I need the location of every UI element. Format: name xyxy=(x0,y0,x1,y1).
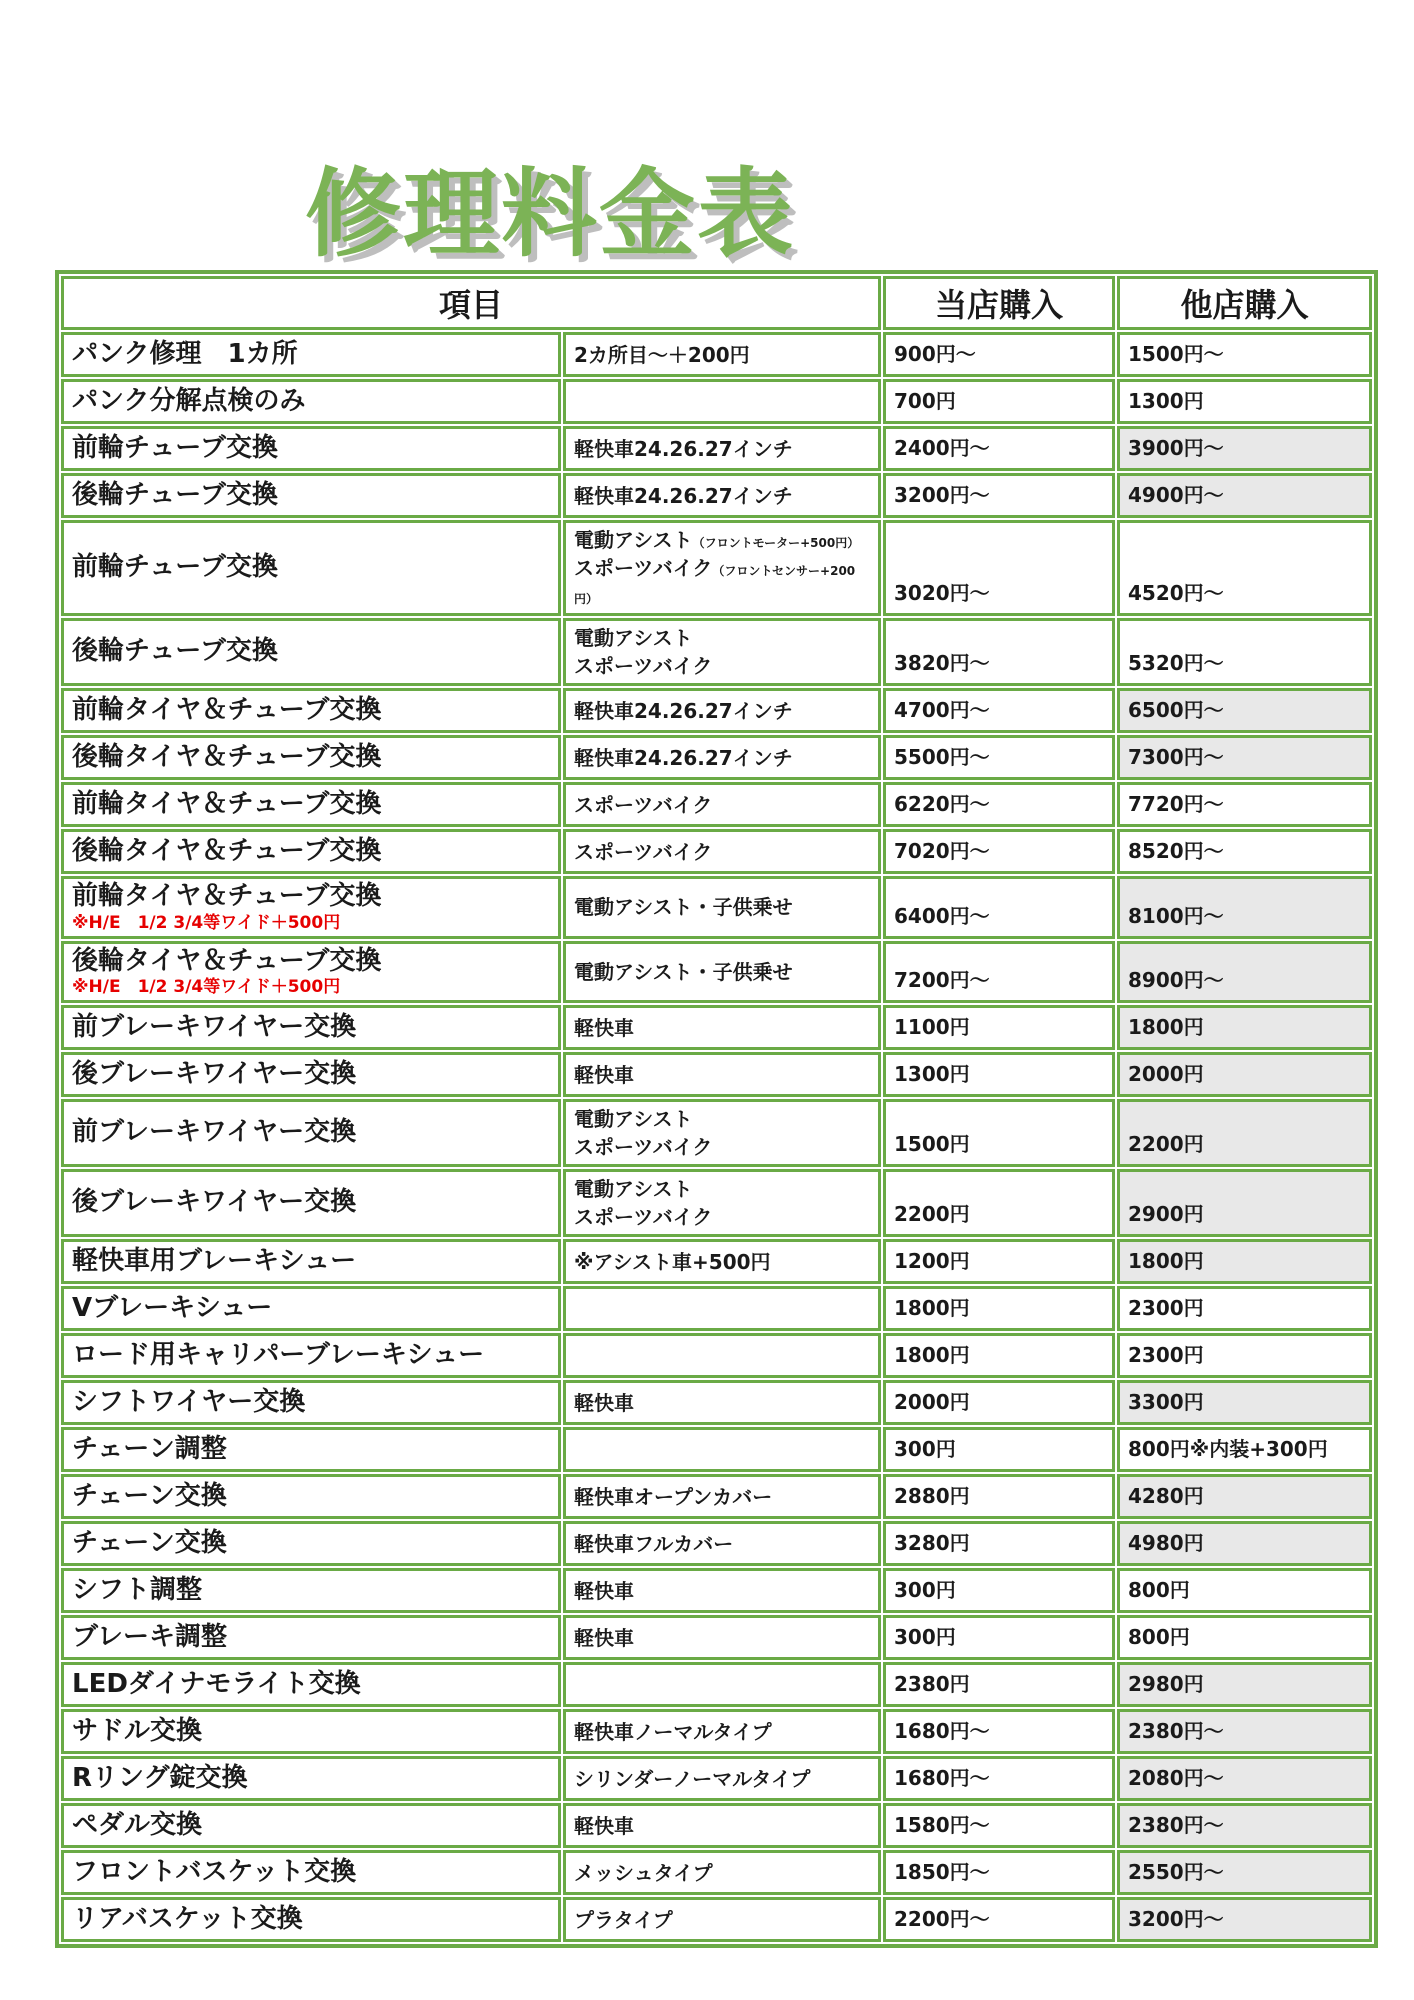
our-store-price: 1800円 xyxy=(883,1333,1115,1378)
table-row: 前輪タイヤ＆チューブ交換スポーツバイク6220円～7720円～ xyxy=(61,782,1372,827)
item-cell: 後輪タイヤ＆チューブ交換 xyxy=(61,829,561,874)
our-store-price: 300円 xyxy=(883,1615,1115,1660)
item-cell: シフトワイヤー交換 xyxy=(61,1380,561,1425)
table-row: 前輪タイヤ＆チューブ交換※H/E 1/2 3/4等ワイド＋500円電動アシスト・… xyxy=(61,876,1372,939)
item-label: 前ブレーキワイヤー交換 xyxy=(72,1013,550,1043)
detail-text: 軽快車24.26.27インチ xyxy=(574,699,793,723)
other-store-price: 7720円～ xyxy=(1117,782,1372,827)
item-note: ※H/E 1/2 3/4等ワイド＋500円 xyxy=(72,978,550,997)
detail-text: 軽快車 xyxy=(574,1814,634,1838)
detail-small-text: （フロントモーター+500円） xyxy=(693,536,860,550)
detail-cell: 軽快車 xyxy=(563,1380,881,1425)
item-label: チェーン交換 xyxy=(72,1482,550,1512)
item-label: リアバスケット交換 xyxy=(72,1905,550,1935)
item-label: 後輪チューブ交換 xyxy=(72,481,550,511)
detail-line: 電動アシスト・子供乗せ xyxy=(574,893,870,921)
header-our-store: 当店購入 xyxy=(883,276,1115,330)
item-cell: 後輪タイヤ＆チューブ交換 xyxy=(61,735,561,780)
detail-cell xyxy=(563,1662,881,1707)
other-store-price: 2550円～ xyxy=(1117,1850,1372,1895)
detail-text: 電動アシスト xyxy=(574,1177,693,1201)
detail-text: 電動アシスト・子供乗せ xyxy=(574,895,793,919)
other-store-price: 8100円～ xyxy=(1117,876,1372,939)
table-row: ブレーキ調整軽快車300円800円 xyxy=(61,1615,1372,1660)
item-label: 前ブレーキワイヤー交換 xyxy=(72,1118,550,1148)
table-row: 前輪タイヤ＆チューブ交換軽快車24.26.27インチ4700円～6500円～ xyxy=(61,688,1372,733)
detail-text: 電動アシスト・子供乗せ xyxy=(574,960,793,984)
detail-cell: 軽快車 xyxy=(563,1052,881,1097)
detail-cell: 軽快車 xyxy=(563,1803,881,1848)
item-cell: 前輪チューブ交換 xyxy=(61,520,561,616)
detail-cell: 電動アシスト・子供乗せ xyxy=(563,941,881,1004)
detail-text: シリンダーノーマルタイプ xyxy=(574,1767,810,1791)
our-store-price: 1850円～ xyxy=(883,1850,1115,1895)
detail-text: スポーツバイク xyxy=(574,556,712,580)
table-row: 後ブレーキワイヤー交換軽快車1300円2000円 xyxy=(61,1052,1372,1097)
other-store-price: 1300円 xyxy=(1117,379,1372,424)
detail-cell: 電動アシストスポーツバイク xyxy=(563,1169,881,1237)
detail-line: 2カ所目～＋200円 xyxy=(574,341,870,369)
detail-text: ※アシスト車+500円 xyxy=(574,1250,771,1274)
detail-text: 軽快車 xyxy=(574,1579,634,1603)
table-row: 軽快車用ブレーキシュー※アシスト車+500円1200円1800円 xyxy=(61,1239,1372,1284)
item-cell: 後ブレーキワイヤー交換 xyxy=(61,1052,561,1097)
table-row: シフト調整軽快車300円800円 xyxy=(61,1568,1372,1613)
detail-line: 軽快車 xyxy=(574,1061,870,1089)
detail-text: 電動アシスト xyxy=(574,1107,693,1131)
detail-line: 電動アシスト xyxy=(574,1105,870,1133)
other-store-price: 2080円～ xyxy=(1117,1756,1372,1801)
detail-text: スポーツバイク xyxy=(574,1135,712,1159)
detail-line: 電動アシスト xyxy=(574,624,870,652)
item-cell: フロントバスケット交換 xyxy=(61,1850,561,1895)
item-cell: ペダル交換 xyxy=(61,1803,561,1848)
item-label: シフトワイヤー交換 xyxy=(72,1388,550,1418)
header-item: 項目 xyxy=(61,276,881,330)
detail-cell: 電動アシスト・子供乗せ xyxy=(563,876,881,939)
our-store-price: 3820円～ xyxy=(883,618,1115,686)
table-row: フロントバスケット交換メッシュタイプ1850円～2550円～ xyxy=(61,1850,1372,1895)
item-cell: 前輪チューブ交換 xyxy=(61,426,561,471)
other-store-price: 3300円 xyxy=(1117,1380,1372,1425)
detail-cell: 電動アシスト（フロントモーター+500円）スポーツバイク（フロントセンサー+20… xyxy=(563,520,881,616)
item-label: パンク修理 1カ所 xyxy=(72,340,550,370)
detail-cell xyxy=(563,1333,881,1378)
other-store-price: 800円 xyxy=(1117,1615,1372,1660)
other-store-price: 4520円～ xyxy=(1117,520,1372,616)
item-cell: 前輪タイヤ＆チューブ交換 xyxy=(61,688,561,733)
item-cell: 前ブレーキワイヤー交換 xyxy=(61,1099,561,1167)
item-label: ブレーキ調整 xyxy=(72,1623,550,1653)
our-store-price: 3020円～ xyxy=(883,520,1115,616)
our-store-price: 300円 xyxy=(883,1568,1115,1613)
item-label: 前輪チューブ交換 xyxy=(72,553,550,583)
detail-cell: スポーツバイク xyxy=(563,782,881,827)
table-row: ロード用キャリパーブレーキシュー1800円2300円 xyxy=(61,1333,1372,1378)
table-body: パンク修理 1カ所2カ所目～＋200円900円～1500円～パンク分解点検のみ7… xyxy=(61,332,1372,1942)
other-store-price: 2300円 xyxy=(1117,1333,1372,1378)
detail-line: スポーツバイク xyxy=(574,652,870,680)
detail-line: スポーツバイク xyxy=(574,1203,870,1231)
our-store-price: 2880円 xyxy=(883,1474,1115,1519)
item-label: チェーン交換 xyxy=(72,1529,550,1559)
header-row: 項目 当店購入 他店購入 xyxy=(61,276,1372,330)
detail-line: 軽快車 xyxy=(574,1624,870,1652)
item-label: パンク分解点検のみ xyxy=(72,387,550,417)
item-label: チェーン調整 xyxy=(72,1435,550,1465)
other-store-price: 5320円～ xyxy=(1117,618,1372,686)
table-row: Vブレーキシュー1800円2300円 xyxy=(61,1286,1372,1331)
header-other-store: 他店購入 xyxy=(1117,276,1372,330)
detail-cell: 軽快車 xyxy=(563,1615,881,1660)
our-store-price: 900円～ xyxy=(883,332,1115,377)
other-store-price: 8520円～ xyxy=(1117,829,1372,874)
detail-line: スポーツバイク xyxy=(574,838,870,866)
detail-text: 軽快車 xyxy=(574,1391,634,1415)
detail-line: 軽快車フルカバー xyxy=(574,1530,870,1558)
other-store-price: 4900円～ xyxy=(1117,473,1372,518)
item-cell: シフト調整 xyxy=(61,1568,561,1613)
item-label: 後輪タイヤ＆チューブ交換 xyxy=(72,743,550,773)
detail-line: 軽快車24.26.27インチ xyxy=(574,697,870,725)
table-row: 後輪タイヤ＆チューブ交換※H/E 1/2 3/4等ワイド＋500円電動アシスト・… xyxy=(61,941,1372,1004)
other-store-price: 800円 xyxy=(1117,1568,1372,1613)
table-row: サドル交換軽快車ノーマルタイプ1680円～2380円～ xyxy=(61,1709,1372,1754)
item-cell: パンク修理 1カ所 xyxy=(61,332,561,377)
detail-text: 軽快車 xyxy=(574,1626,634,1650)
item-cell: パンク分解点検のみ xyxy=(61,379,561,424)
item-cell: 前輪タイヤ＆チューブ交換 xyxy=(61,782,561,827)
item-cell: 後ブレーキワイヤー交換 xyxy=(61,1169,561,1237)
our-store-price: 1200円 xyxy=(883,1239,1115,1284)
other-store-price: 3200円～ xyxy=(1117,1897,1372,1942)
detail-line: 軽快車 xyxy=(574,1812,870,1840)
item-label: フロントバスケット交換 xyxy=(72,1858,550,1888)
other-store-price: 800円※内装+300円 xyxy=(1117,1427,1372,1472)
item-label: 前輪タイヤ＆チューブ交換 xyxy=(72,882,550,912)
other-store-price: 1800円 xyxy=(1117,1239,1372,1284)
item-cell: LEDダイナモライト交換 xyxy=(61,1662,561,1707)
our-store-price: 2380円 xyxy=(883,1662,1115,1707)
detail-cell: 電動アシストスポーツバイク xyxy=(563,618,881,686)
detail-line: 軽快車24.26.27インチ xyxy=(574,482,870,510)
item-label: LEDダイナモライト交換 xyxy=(72,1670,550,1700)
detail-cell: 軽快車24.26.27インチ xyxy=(563,426,881,471)
item-cell: ブレーキ調整 xyxy=(61,1615,561,1660)
detail-text: プラタイプ xyxy=(574,1908,673,1932)
detail-text: 軽快車24.26.27インチ xyxy=(574,437,793,461)
other-store-price: 2300円 xyxy=(1117,1286,1372,1331)
our-store-price: 3200円～ xyxy=(883,473,1115,518)
detail-cell: 軽快車24.26.27インチ xyxy=(563,473,881,518)
detail-text: スポーツバイク xyxy=(574,840,712,864)
other-store-price: 2380円～ xyxy=(1117,1803,1372,1848)
other-store-price: 2980円 xyxy=(1117,1662,1372,1707)
item-label: 前輪タイヤ＆チューブ交換 xyxy=(72,696,550,726)
detail-text: メッシュタイプ xyxy=(574,1861,713,1885)
detail-cell: 軽快車 xyxy=(563,1568,881,1613)
detail-text: 電動アシスト xyxy=(574,626,693,650)
item-cell: 前輪タイヤ＆チューブ交換※H/E 1/2 3/4等ワイド＋500円 xyxy=(61,876,561,939)
other-store-price: 2000円 xyxy=(1117,1052,1372,1097)
item-label: 前輪チューブ交換 xyxy=(72,434,550,464)
detail-cell: 軽快車 xyxy=(563,1005,881,1050)
item-label: ロード用キャリパーブレーキシュー xyxy=(72,1341,550,1371)
item-cell: 後輪チューブ交換 xyxy=(61,473,561,518)
other-store-price: 2380円～ xyxy=(1117,1709,1372,1754)
detail-cell: 軽快車ノーマルタイプ xyxy=(563,1709,881,1754)
detail-line: 電動アシスト（フロントモーター+500円） xyxy=(574,526,870,554)
page-title: 修理料金表 xyxy=(305,138,795,275)
detail-text: 軽快車 xyxy=(574,1063,634,1087)
item-cell: チェーン交換 xyxy=(61,1474,561,1519)
item-cell: ロード用キャリパーブレーキシュー xyxy=(61,1333,561,1378)
our-store-price: 4700円～ xyxy=(883,688,1115,733)
detail-line: シリンダーノーマルタイプ xyxy=(574,1765,870,1793)
detail-text: スポーツバイク xyxy=(574,793,712,817)
our-store-price: 7200円～ xyxy=(883,941,1115,1004)
item-cell: 前ブレーキワイヤー交換 xyxy=(61,1005,561,1050)
detail-line: 軽快車オープンカバー xyxy=(574,1483,870,1511)
item-label: シフト調整 xyxy=(72,1576,550,1606)
our-store-price: 2200円～ xyxy=(883,1897,1115,1942)
detail-text: 軽快車 xyxy=(574,1016,634,1040)
detail-line: 軽快車24.26.27インチ xyxy=(574,744,870,772)
table-row: 後輪タイヤ＆チューブ交換軽快車24.26.27インチ5500円～7300円～ xyxy=(61,735,1372,780)
our-store-price: 1680円～ xyxy=(883,1709,1115,1754)
item-label: 後輪タイヤ＆チューブ交換 xyxy=(72,837,550,867)
our-store-price: 6220円～ xyxy=(883,782,1115,827)
detail-cell: 軽快車24.26.27インチ xyxy=(563,735,881,780)
item-cell: チェーン調整 xyxy=(61,1427,561,1472)
detail-line: スポーツバイク xyxy=(574,791,870,819)
table-row: ペダル交換軽快車1580円～2380円～ xyxy=(61,1803,1372,1848)
detail-text: 軽快車24.26.27インチ xyxy=(574,746,793,770)
item-cell: Vブレーキシュー xyxy=(61,1286,561,1331)
our-store-price: 1680円～ xyxy=(883,1756,1115,1801)
item-label: 後輪チューブ交換 xyxy=(72,637,550,667)
detail-cell: 電動アシストスポーツバイク xyxy=(563,1099,881,1167)
our-store-price: 300円 xyxy=(883,1427,1115,1472)
our-store-price: 1100円 xyxy=(883,1005,1115,1050)
other-store-price: 1800円 xyxy=(1117,1005,1372,1050)
other-store-price: 4980円 xyxy=(1117,1521,1372,1566)
detail-cell: 軽快車オープンカバー xyxy=(563,1474,881,1519)
other-store-price: 8900円～ xyxy=(1117,941,1372,1004)
detail-text: 2カ所目～＋200円 xyxy=(574,343,750,367)
detail-cell: メッシュタイプ xyxy=(563,1850,881,1895)
table-row: 後ブレーキワイヤー交換電動アシストスポーツバイク2200円2900円 xyxy=(61,1169,1372,1237)
item-cell: サドル交換 xyxy=(61,1709,561,1754)
detail-line: スポーツバイク xyxy=(574,1133,870,1161)
other-store-price: 7300円～ xyxy=(1117,735,1372,780)
detail-text: 軽快車フルカバー xyxy=(574,1532,733,1556)
detail-line: 軽快車24.26.27インチ xyxy=(574,435,870,463)
detail-line: 軽快車ノーマルタイプ xyxy=(574,1718,870,1746)
item-label: 軽快車用ブレーキシュー xyxy=(72,1247,550,1277)
table-row: パンク分解点検のみ700円1300円 xyxy=(61,379,1372,424)
item-label: 後ブレーキワイヤー交換 xyxy=(72,1188,550,1218)
table-row: チェーン交換軽快車フルカバー3280円4980円 xyxy=(61,1521,1372,1566)
our-store-price: 2200円 xyxy=(883,1169,1115,1237)
our-store-price: 1500円 xyxy=(883,1099,1115,1167)
detail-cell: ※アシスト車+500円 xyxy=(563,1239,881,1284)
item-cell: チェーン交換 xyxy=(61,1521,561,1566)
detail-line: 軽快車 xyxy=(574,1389,870,1417)
table-row: パンク修理 1カ所2カ所目～＋200円900円～1500円～ xyxy=(61,332,1372,377)
our-store-price: 1800円 xyxy=(883,1286,1115,1331)
item-label: 後ブレーキワイヤー交換 xyxy=(72,1060,550,1090)
table-row: リアバスケット交換プラタイプ2200円～3200円～ xyxy=(61,1897,1372,1942)
other-store-price: 2200円 xyxy=(1117,1099,1372,1167)
detail-text: 軽快車ノーマルタイプ xyxy=(574,1720,772,1744)
detail-cell: スポーツバイク xyxy=(563,829,881,874)
our-store-price: 5500円～ xyxy=(883,735,1115,780)
our-store-price: 1580円～ xyxy=(883,1803,1115,1848)
table-row: 後輪タイヤ＆チューブ交換スポーツバイク7020円～8520円～ xyxy=(61,829,1372,874)
detail-cell: 軽快車24.26.27インチ xyxy=(563,688,881,733)
our-store-price: 700円 xyxy=(883,379,1115,424)
detail-line: 軽快車 xyxy=(574,1014,870,1042)
item-cell: 後輪タイヤ＆チューブ交換※H/E 1/2 3/4等ワイド＋500円 xyxy=(61,941,561,1004)
detail-line: 軽快車 xyxy=(574,1577,870,1605)
item-label: Rリング錠交換 xyxy=(72,1764,550,1794)
detail-line: プラタイプ xyxy=(574,1906,870,1934)
our-store-price: 3280円 xyxy=(883,1521,1115,1566)
table-row: Rリング錠交換シリンダーノーマルタイプ1680円～2080円～ xyxy=(61,1756,1372,1801)
table-row: 後輪チューブ交換電動アシストスポーツバイク3820円～5320円～ xyxy=(61,618,1372,686)
item-note: ※H/E 1/2 3/4等ワイド＋500円 xyxy=(72,914,550,933)
our-store-price: 6400円～ xyxy=(883,876,1115,939)
table-row: 前ブレーキワイヤー交換軽快車1100円1800円 xyxy=(61,1005,1372,1050)
detail-text: スポーツバイク xyxy=(574,654,712,678)
detail-line: メッシュタイプ xyxy=(574,1859,870,1887)
item-label: 前輪タイヤ＆チューブ交換 xyxy=(72,790,550,820)
table-row: 前輪チューブ交換電動アシスト（フロントモーター+500円）スポーツバイク（フロン… xyxy=(61,520,1372,616)
table-row: チェーン調整300円800円※内装+300円 xyxy=(61,1427,1372,1472)
detail-line: 電動アシスト・子供乗せ xyxy=(574,958,870,986)
detail-text: 電動アシスト xyxy=(574,528,693,552)
detail-cell: 2カ所目～＋200円 xyxy=(563,332,881,377)
detail-line: スポーツバイク（フロントセンサー+200円） xyxy=(574,554,870,610)
other-store-price: 3900円～ xyxy=(1117,426,1372,471)
price-table: 項目 当店購入 他店購入 パンク修理 1カ所2カ所目～＋200円900円～150… xyxy=(55,270,1378,1948)
detail-text: スポーツバイク xyxy=(574,1205,712,1229)
our-store-price: 1300円 xyxy=(883,1052,1115,1097)
item-cell: Rリング錠交換 xyxy=(61,1756,561,1801)
item-cell: リアバスケット交換 xyxy=(61,1897,561,1942)
other-store-price: 4280円 xyxy=(1117,1474,1372,1519)
detail-cell xyxy=(563,379,881,424)
detail-cell: 軽快車フルカバー xyxy=(563,1521,881,1566)
item-label: 後輪タイヤ＆チューブ交換 xyxy=(72,947,550,977)
item-label: サドル交換 xyxy=(72,1717,550,1747)
table-row: 前輪チューブ交換軽快車24.26.27インチ2400円～3900円～ xyxy=(61,426,1372,471)
item-label: ペダル交換 xyxy=(72,1811,550,1841)
detail-cell xyxy=(563,1286,881,1331)
table-row: チェーン交換軽快車オープンカバー2880円4280円 xyxy=(61,1474,1372,1519)
table-row: シフトワイヤー交換軽快車2000円3300円 xyxy=(61,1380,1372,1425)
detail-cell: シリンダーノーマルタイプ xyxy=(563,1756,881,1801)
our-store-price: 2400円～ xyxy=(883,426,1115,471)
detail-line: ※アシスト車+500円 xyxy=(574,1248,870,1276)
detail-text: 軽快車24.26.27インチ xyxy=(574,484,793,508)
table-row: 前ブレーキワイヤー交換電動アシストスポーツバイク1500円2200円 xyxy=(61,1099,1372,1167)
table-row: 後輪チューブ交換軽快車24.26.27インチ3200円～4900円～ xyxy=(61,473,1372,518)
table-row: LEDダイナモライト交換2380円2980円 xyxy=(61,1662,1372,1707)
detail-text: 軽快車オープンカバー xyxy=(574,1485,772,1509)
detail-cell: プラタイプ xyxy=(563,1897,881,1942)
other-store-price: 2900円 xyxy=(1117,1169,1372,1237)
detail-line: 電動アシスト xyxy=(574,1175,870,1203)
detail-cell xyxy=(563,1427,881,1472)
item-label: Vブレーキシュー xyxy=(72,1294,550,1324)
other-store-price: 1500円～ xyxy=(1117,332,1372,377)
item-cell: 後輪チューブ交換 xyxy=(61,618,561,686)
item-cell: 軽快車用ブレーキシュー xyxy=(61,1239,561,1284)
our-store-price: 2000円 xyxy=(883,1380,1115,1425)
our-store-price: 7020円～ xyxy=(883,829,1115,874)
other-store-price: 6500円～ xyxy=(1117,688,1372,733)
